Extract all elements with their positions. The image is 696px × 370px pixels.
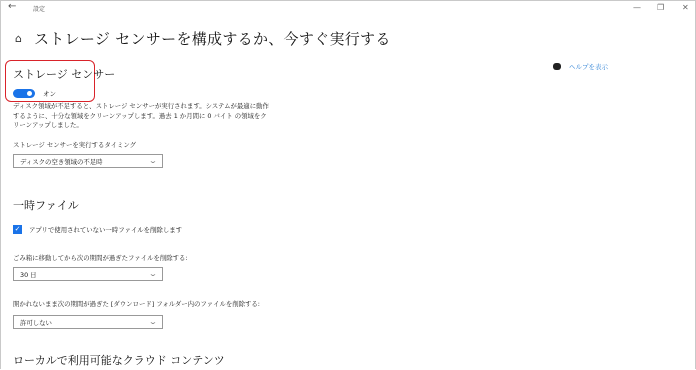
timing-value: ディスクの空き領域の不足時 [20,157,103,166]
toggle-state-label: オン [43,89,56,98]
downloads-value: 許可しない [20,318,52,327]
storage-sense-description: ディスク領域が不足すると、ストレージ センサーが実行されます。システムが最適に動… [13,102,273,131]
minimize-icon[interactable]: — [633,3,641,12]
back-arrow-icon[interactable]: ← [8,1,16,12]
window-frame [0,0,696,369]
recycle-bin-dropdown[interactable]: 30 日 ⌄ [13,267,163,281]
home-icon[interactable]: ⌂ [15,32,22,45]
chevron-down-icon: ⌄ [148,318,157,326]
page-title: ストレージ センサーを構成するか、今すぐ実行する [34,28,391,49]
close-icon[interactable]: ✕ [682,3,689,12]
help-link[interactable]: ヘルプを表示 [569,62,608,71]
chevron-down-icon: ⌄ [148,157,157,165]
temp-files-checkbox-label: アプリで使用されていない一時ファイルを削除します [29,225,182,234]
section-title-cloud-content: ローカルで利用可能なクラウド コンテンツ [13,352,225,368]
storage-sense-toggle[interactable] [13,89,35,98]
section-title-storage-sense: ストレージ センサー [13,66,115,82]
downloads-label: 開かれないまま次の期間が過ぎた [ダウンロード] フォルダー内のファイルを削除す… [13,299,260,308]
maximize-icon[interactable]: ❐ [657,3,664,12]
section-title-temp-files: 一時ファイル [13,197,79,213]
storage-sense-toggle-row: オン [13,89,56,98]
page-header: ⌂ ストレージ センサーを構成するか、今すぐ実行する [15,28,391,49]
temp-files-checkbox-row: ✓ アプリで使用されていない一時ファイルを削除します [13,225,182,234]
recycle-bin-value: 30 日 [20,270,37,279]
chevron-down-icon: ⌄ [148,270,157,278]
help-link-row[interactable]: ヘルプを表示 [553,62,608,71]
chat-help-icon [553,63,561,70]
title-bar: ← 設定 — ❐ ✕ [0,0,696,18]
timing-label: ストレージ センサーを実行するタイミング [13,140,136,149]
app-title: 設定 [33,4,45,13]
recycle-bin-label: ごみ箱に移動してから次の期間が過ぎたファイルを削除する: [13,253,188,262]
timing-dropdown[interactable]: ディスクの空き領域の不足時 ⌄ [13,154,163,168]
downloads-dropdown[interactable]: 許可しない ⌄ [13,315,163,329]
temp-files-checkbox[interactable]: ✓ [13,225,22,234]
